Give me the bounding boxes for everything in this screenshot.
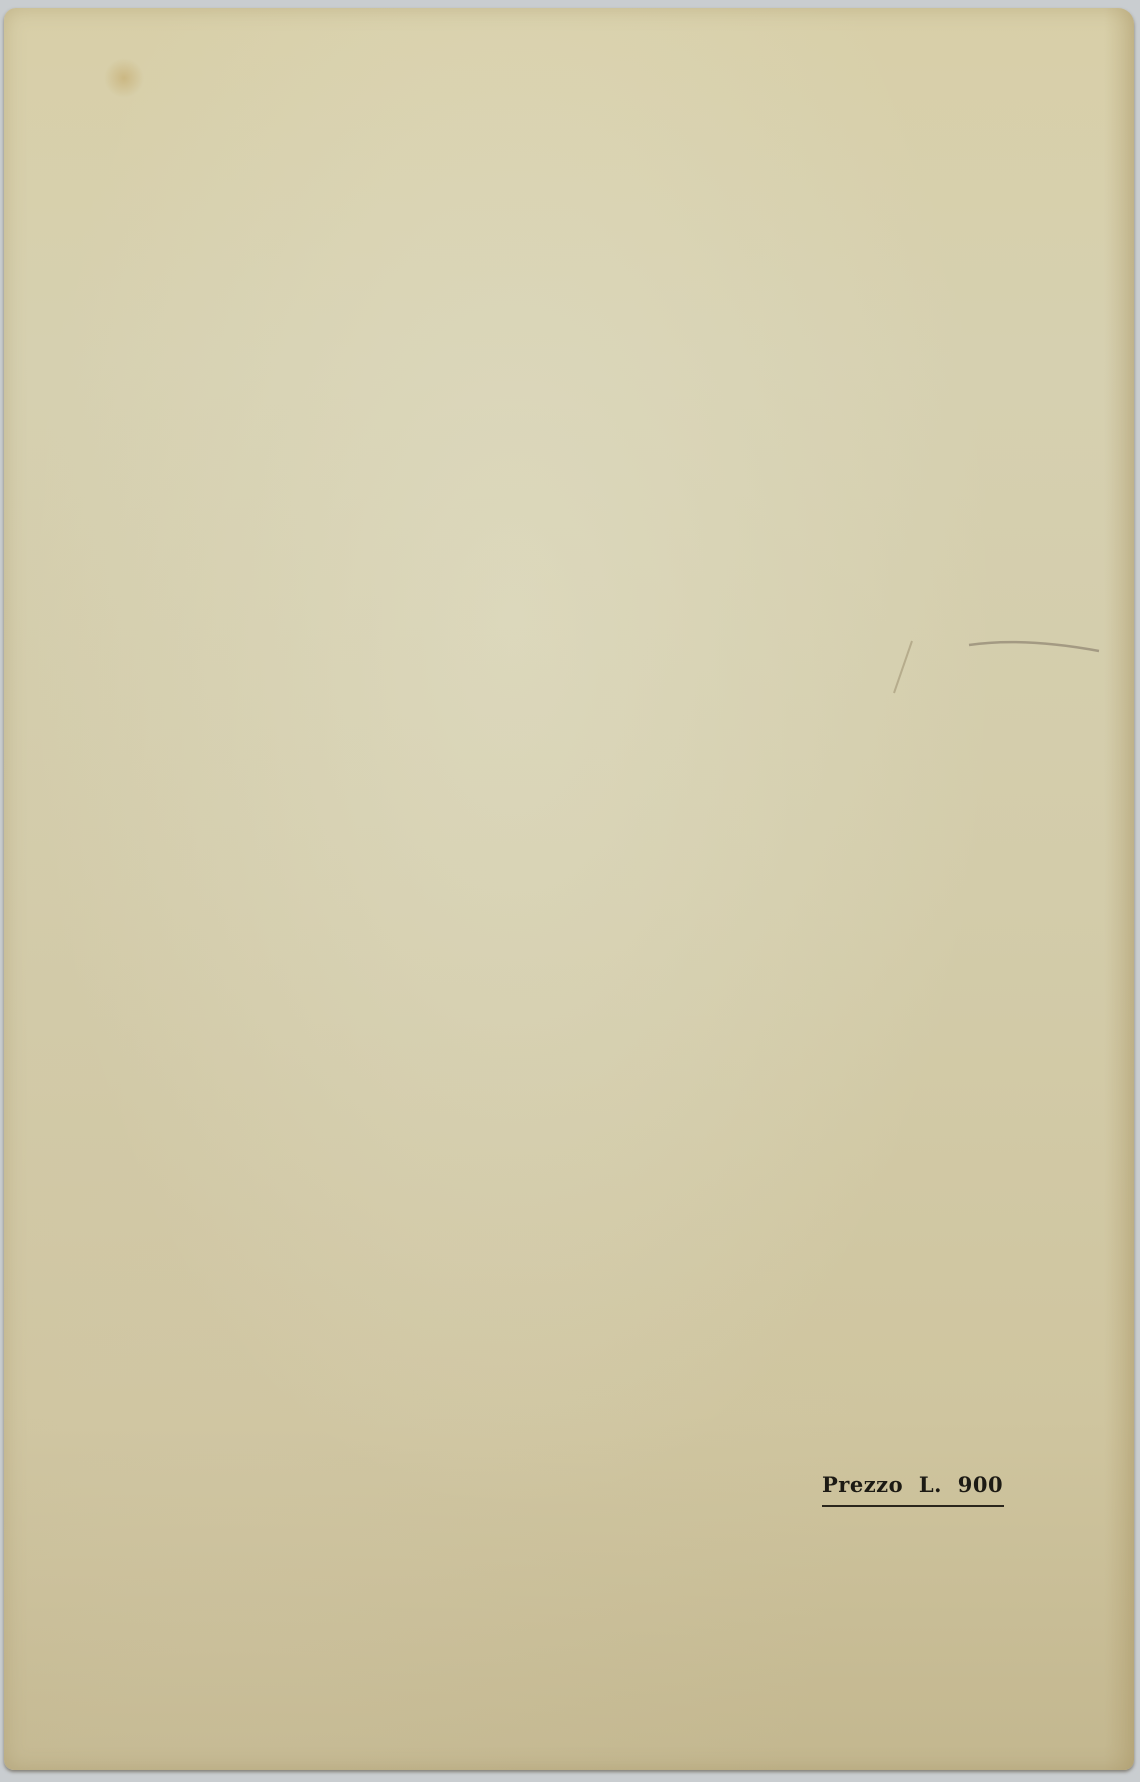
price-underline: [822, 1505, 1004, 1507]
pencil-mark-icon: [884, 633, 1124, 703]
stain-mark: [104, 58, 144, 98]
price-label: Prezzo L. 900: [822, 1472, 1003, 1497]
cover-edge-shading: [1104, 8, 1134, 1770]
